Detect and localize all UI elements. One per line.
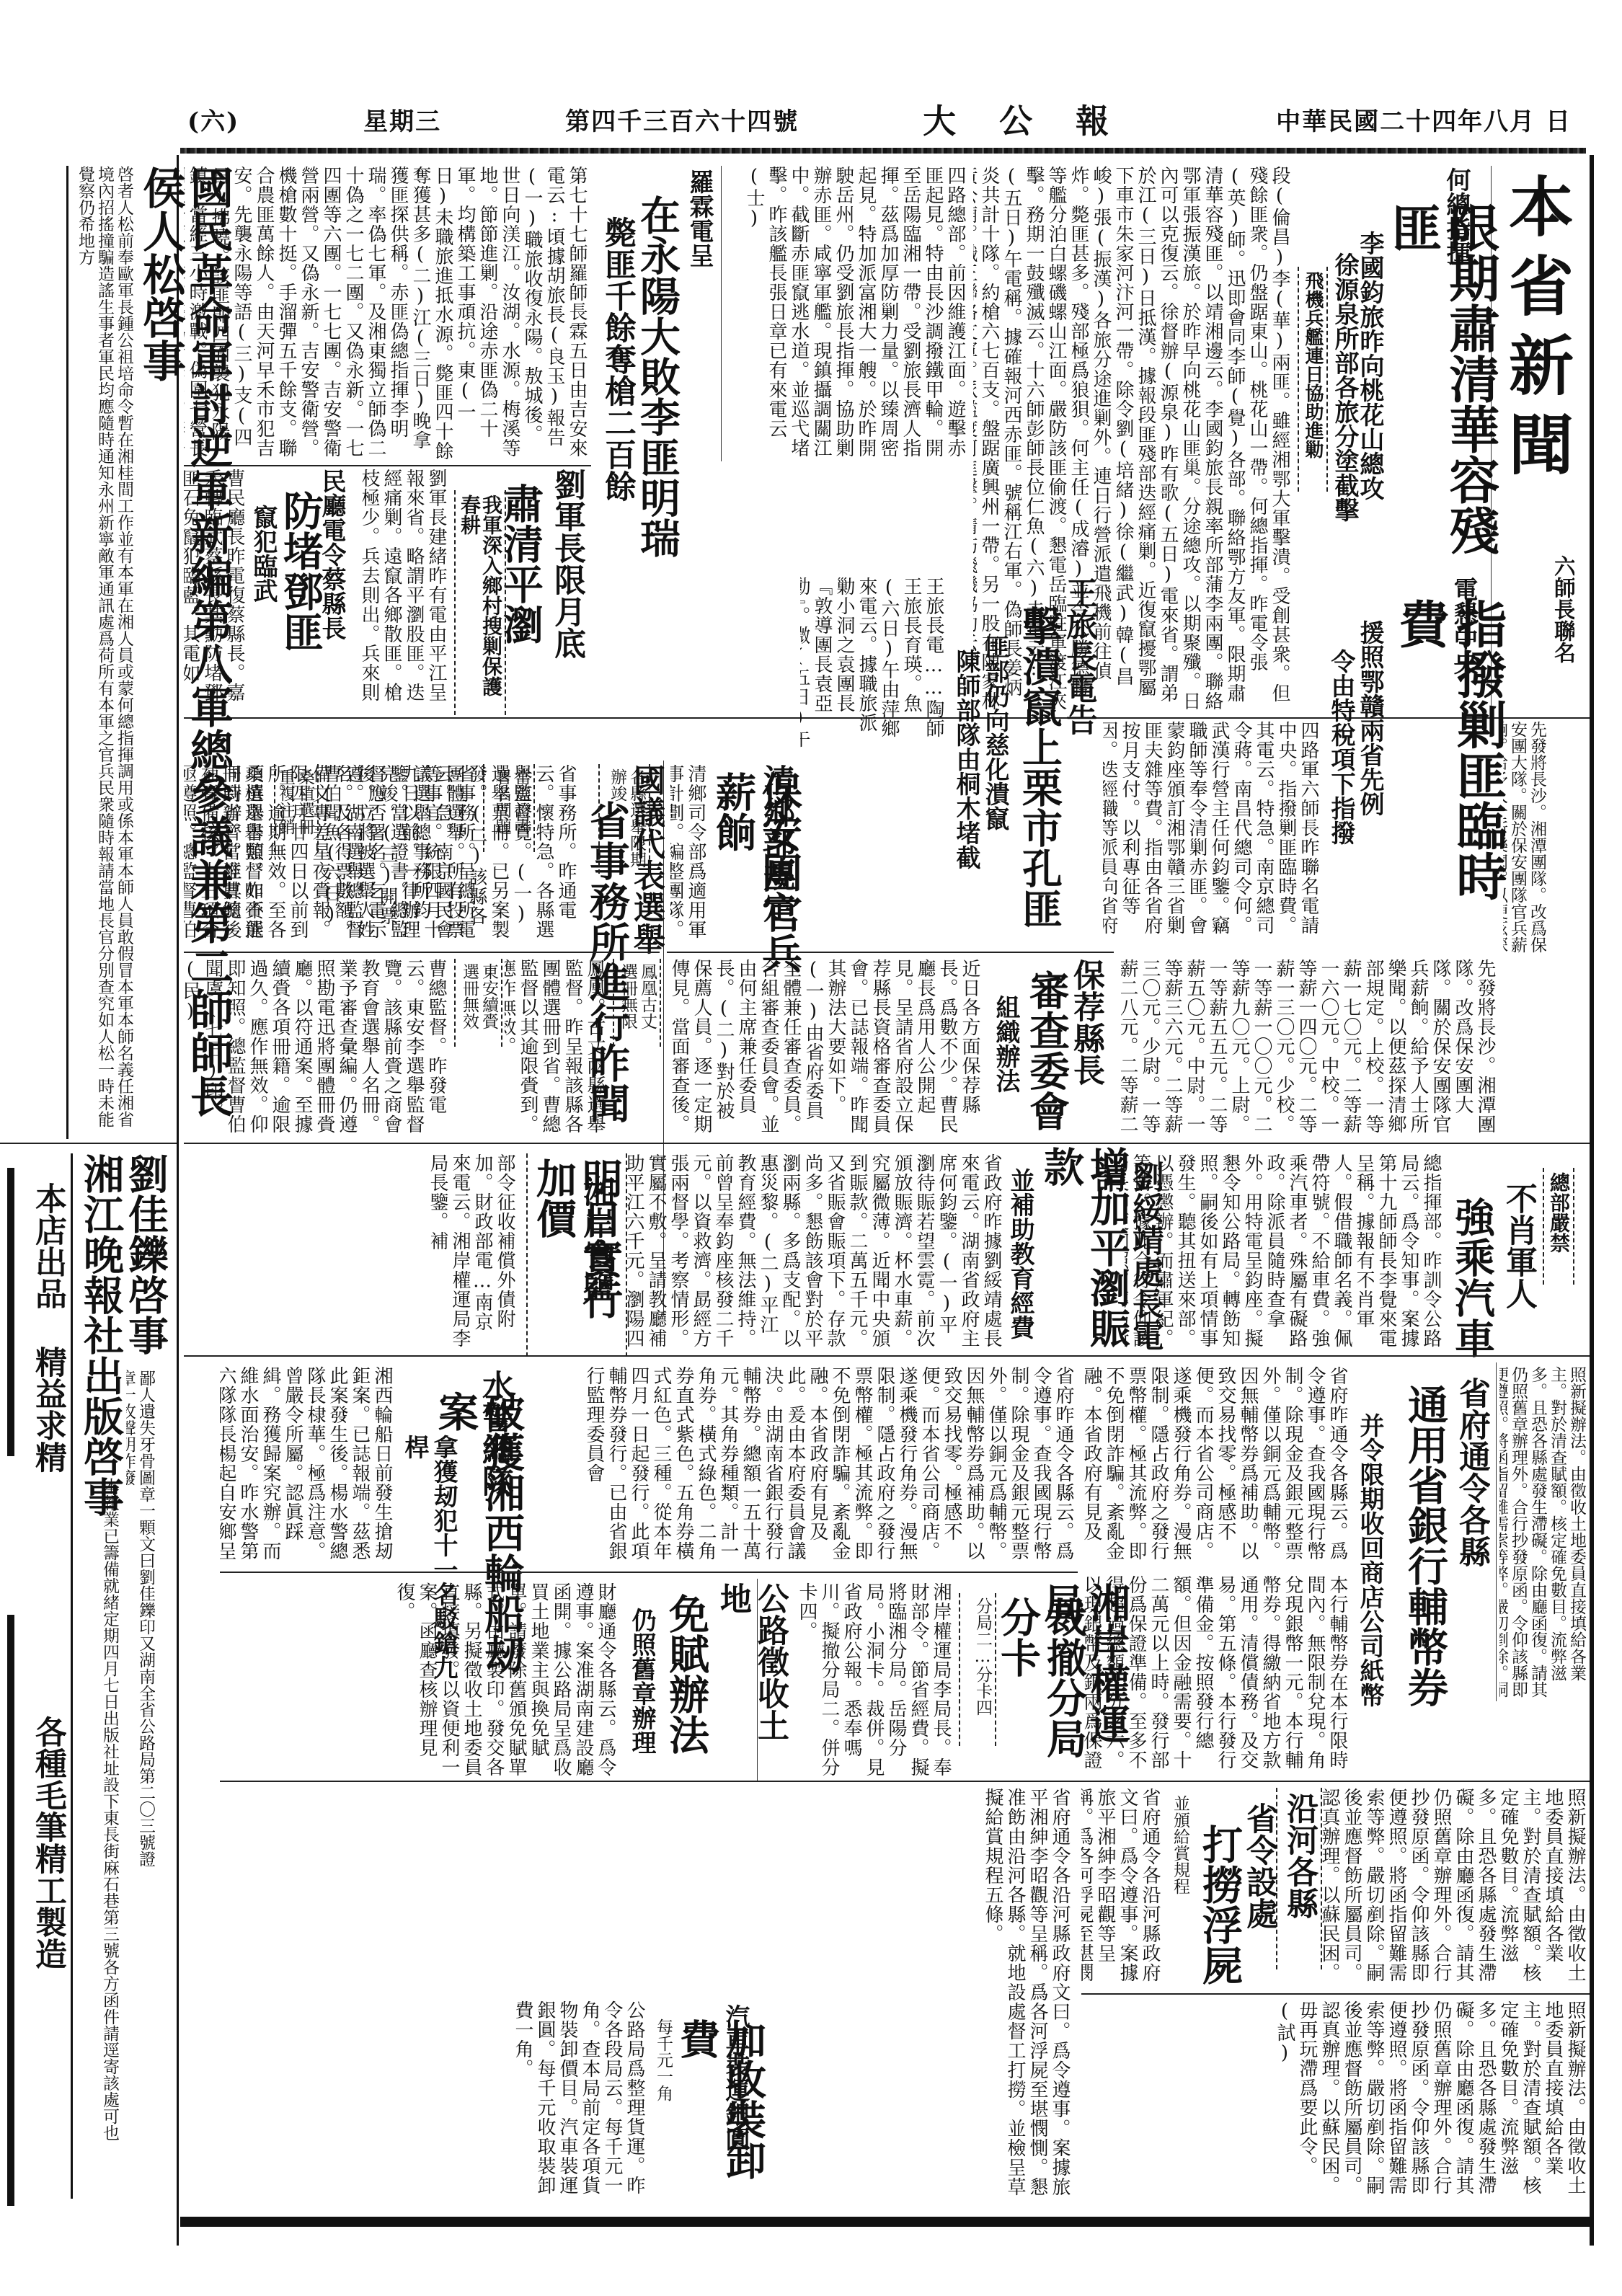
- kicker: 王旅長電告: [1060, 577, 1097, 750]
- ad-title: 各種毛筆精工製造: [29, 1716, 66, 2206]
- section-title: 本省新聞: [1499, 173, 1572, 577]
- headline: 明日實行加價: [526, 1153, 627, 1357]
- article-navy-report: 四路總部。前因維護江面。遊擊赤匪起見。特由長沙調撥鐵甲輪。開至岳陽臨湘一帶。受劉…: [721, 166, 966, 461]
- row-rule: [220, 1572, 1078, 1573]
- weekday: 星期三: [363, 102, 441, 137]
- kicker: 劉軍長限月底: [548, 469, 585, 714]
- subhead: 令由特稅項下指撥: [1326, 649, 1355, 937]
- article-bank-regs: 省府昨通令各縣云。爲令遵事。查我國現行幣制。除現金及銀元整票外。僅以銅元爲輔幣。…: [526, 1366, 1074, 1575]
- subhead: 徐源泉所部各旅分塗截擊: [1330, 252, 1359, 526]
- article-body: 第七十七師羅師長霖五日由吉安來電云:頃據胡旅長(良玉)報告(一)職旅收復永陽。敖…: [184, 166, 588, 461]
- boxed-subhead: 桑植選冊重複注銷: [274, 764, 319, 852]
- boxed-subhead: 當選證書署名問題: [483, 764, 535, 852]
- headline: 防堵鄧匪: [278, 490, 324, 678]
- headline: 擊潰竄上栗市孔匪: [1016, 606, 1063, 937]
- row-rule: [184, 952, 660, 953]
- row-rule: [184, 1143, 1590, 1144]
- headline: 免賦辦法: [663, 1593, 709, 1781]
- kicker: 省府通令各縣: [1453, 1377, 1490, 1593]
- article-body: 公路局爲整理貨運。昨令各段局云。每千元一角。查本局前定各項貨物裝卸價目。汽車裝運…: [220, 2000, 645, 2209]
- kicker: 保荐縣長: [1067, 959, 1104, 1089]
- subhead: 並頒給賞規程: [1168, 1795, 1189, 1982]
- article-body: 四路軍六師長昨聯名電請中央。指撥剿匪臨時費。其電云。特急。南京總司令蔣。南昌代總…: [1103, 721, 1319, 944]
- subhead: 竄犯臨武: [249, 505, 278, 649]
- subhead: 斃匪千餘奪槍二百餘: [598, 216, 636, 548]
- masthead: (六) 星期三 第四千三百六十四號 大公報 中華民國二十四年八月 日: [187, 97, 1572, 141]
- article-pay-scale: 先發將長沙。湘潭團隊。改爲保安團大隊。關於保安團隊官兵薪餉。給予人士所樂聞。以便…: [1121, 959, 1496, 1139]
- column-rule: [1496, 1362, 1497, 1701]
- column-rule: [71, 1153, 73, 2199]
- subhead: 陳師部隊由桐木堵截: [952, 649, 980, 923]
- column-rule: [721, 166, 722, 461]
- boxed-subhead: 東安續賫選冊無效: [454, 959, 502, 1047]
- article-body: 省府昨通令各縣云。爲令遵事。查我國現行幣制。除現金及銀元整票外。僅以銅元爲輔幣。…: [1081, 1366, 1348, 1568]
- column-rule: [66, 166, 68, 1139]
- row-rule: [0, 1143, 177, 1144]
- kicker: 羅霖電呈: [685, 169, 714, 299]
- issue-number: 第四千三百六十四號: [565, 102, 799, 137]
- headline: 限期肅清華容殘匪: [1384, 202, 1499, 562]
- article-river-rules: 照新擬辦法。由徵收土地委員直接填給各業主。對於清查賦額。核定確免數目。流弊滋多。…: [1081, 2000, 1586, 2209]
- row-rule: [1081, 1993, 1590, 1995]
- article-body: 湘西輪船日前發生搶刼鉅案。已誌報端。茲悉此案發生後。楊水警總隊長棣華。極爲注意。…: [220, 1366, 393, 1568]
- boxed-subhead: 鳳凰古丈選冊無限: [613, 959, 661, 1047]
- masthead-rule: [180, 148, 1586, 154]
- article-body: 劉軍長建緒昨有電由平江呈報來省。略謂平瀏股匪。迭經痛剿。遠竄各鄉散匪。槍枝極少。…: [360, 469, 447, 714]
- headline: 通用省銀行輔幣券: [1402, 1384, 1448, 1716]
- boxed-subhead: 分局二…分卡四: [959, 1593, 996, 1746]
- headline: 審查委會: [1024, 970, 1070, 1143]
- article-election-cert: 省事務所。呈總所電云。急。南京國民會議選舉總事務所鈞鑒。當選證書。總監督應否署名…: [317, 764, 476, 944]
- subhead: 李國鈞旅昨向桃花山總攻: [1355, 231, 1384, 505]
- headline: 加收裝卸費: [674, 2018, 766, 2206]
- boxed-subhead: 飛機兵艦連日協助進勦: [1298, 267, 1328, 492]
- subhead: 並補助教育經費: [1006, 1168, 1034, 1362]
- headline: 增加平瀏賑款: [1038, 1146, 1130, 1362]
- subhead: 匪部仍向慈化潰竄: [980, 634, 1009, 908]
- kicker: 公路徵收土地: [714, 1582, 789, 1755]
- publication-date: 中華民國二十四年八月 日: [1276, 102, 1572, 137]
- headline: 保安團官兵薪餉: [710, 771, 802, 988]
- kicker: 不肖軍人: [1499, 1182, 1537, 1348]
- subhead: 我軍深入鄉村搜剿保護春耕: [454, 490, 506, 715]
- article-body: 總指揮部。昨訓令公路局云。爲令知事。案據第十九師師長李覺來電呈稱。據報有不肖軍人…: [1125, 1153, 1442, 1348]
- article-body: 部令征收補償外債附加。財政部電…南京來電云。湘岸權運局李局長鑒。補: [184, 1153, 515, 1348]
- bottom-border: [180, 2217, 1593, 2227]
- article-body: 王旅長電……陶師王旅長育瑛。魚(六日)午由萍鄉來電云。據職旅派勦小洞之袁團長『敦…: [800, 577, 944, 750]
- notice-title: 國民革命軍討逆軍新編第八軍總參議兼第二師師長侯人松啓事: [137, 166, 232, 1139]
- paper-name: 大公報: [923, 95, 1152, 143]
- urgent-note: 六師長聯名: [1550, 555, 1574, 743]
- continued-note: 照新擬辦法。由徵收土地委員直接填給各業主。對於清查賦額。核定確免數目。流弊滋多。…: [1319, 1788, 1586, 1990]
- frame-right-rule: [1590, 155, 1594, 2246]
- article-body: 近日各方面保荐縣長。爲數不少。曹民廳長爲用人公開起見。呈請省府設立保荐縣長資格審…: [670, 959, 980, 1139]
- row-rule: [667, 952, 1114, 953]
- article-fenghuang: 鳳凰。古丈兩縣選舉監督。昨呈報該縣各團體選冊到省。曹總監督以其逾限賫到。應作無效…: [505, 959, 606, 1139]
- kicker: 省令設處: [1240, 1802, 1277, 1946]
- ad-body: 鄙人遺失牙骨圖章一顆文曰劉佳鑠印又湖南全省公路局第二〇三號證章一枚聲明作廢: [126, 1370, 155, 1874]
- headline: 打撈浮屍: [1197, 1824, 1243, 1990]
- subhead: 仍照舊章辦理: [627, 1608, 656, 1781]
- article-body: 清鄉司令部爲適用軍事計劃。編整團隊。嚴密清剿匪共。保全地方安寧起見。乘汽車前往南…: [670, 764, 706, 952]
- subhead: 并令限期收回商店公司紙幣: [1355, 1413, 1384, 1716]
- headline: 裁撤分局分卡: [995, 1597, 1087, 1777]
- row-rule: [184, 1355, 1590, 1357]
- row-rule: [184, 465, 591, 466]
- page-number: (六): [187, 102, 239, 137]
- ad-border: [7, 1168, 14, 1456]
- ad-title: 本店出品 精益求精: [29, 1182, 66, 1586]
- headline: 指撥剿匪臨時費: [1391, 598, 1507, 944]
- note-body: 先發將長沙。湘潭團隊。改爲保安團大隊。關於保安團隊官兵薪餉。給予人士所樂聞。以便…: [1503, 721, 1546, 959]
- boxed-subhead: 沿河各縣: [1276, 1788, 1322, 1969]
- article-body: 湘岸權運局李局長。奉財部令。節省經費。擬將臨湘分局。岳陽分局。小洞卡。裁併。見省…: [764, 1582, 952, 1777]
- headline: 在永陽大敗李匪明瑞: [634, 195, 681, 598]
- ad-body: 本報業已籌備就緒定期四月七日出版社址設下東長街麻石巷第三號各方函件請逕寄該處可也: [90, 1478, 119, 2199]
- boxed-subhead: 總部嚴禁: [1543, 1168, 1574, 1285]
- row-rule: [220, 1781, 1590, 1782]
- ad-border: [7, 1615, 14, 2206]
- subhead: 組織辦法: [991, 995, 1020, 1139]
- subhead: 每千元一角: [652, 2018, 673, 2163]
- continued-note: 照新擬辦法。由徵收土地委員直接填給各業主。對於清查賦額。核定確免數目。流弊滋多。…: [1499, 1366, 1586, 1705]
- notice-body: 啓者人松前奉歐軍長鍾公祖培命令暫在湘桂間工作並有本軍在湘人員或蒙何總指揮調用或係…: [68, 166, 133, 1139]
- boxed-subhead: 各縣選舉限期辦竣: [598, 764, 650, 874]
- article-body: 省政府昨據劉綏靖處長來電云。湖南省政府主席何鈞鑒。(一)平瀏待賑若望雲霓。前次頒…: [627, 1153, 1002, 1348]
- headline: 強乘汽車: [1449, 1197, 1495, 1370]
- article-body: 財廳通令各縣云。爲令遵事。案准湖南建設廳函開。據公路局呈爲收買土地業主與換免賦單…: [220, 1582, 616, 1777]
- article-body: 省府通令各沿河縣政府文曰。爲令遵事。案據旅平湘紳李昭觀等呈稱。爲各河浮屍至堪憫惻…: [1081, 1788, 1161, 1990]
- subhead: 援照鄂贛兩省先例: [1355, 620, 1384, 908]
